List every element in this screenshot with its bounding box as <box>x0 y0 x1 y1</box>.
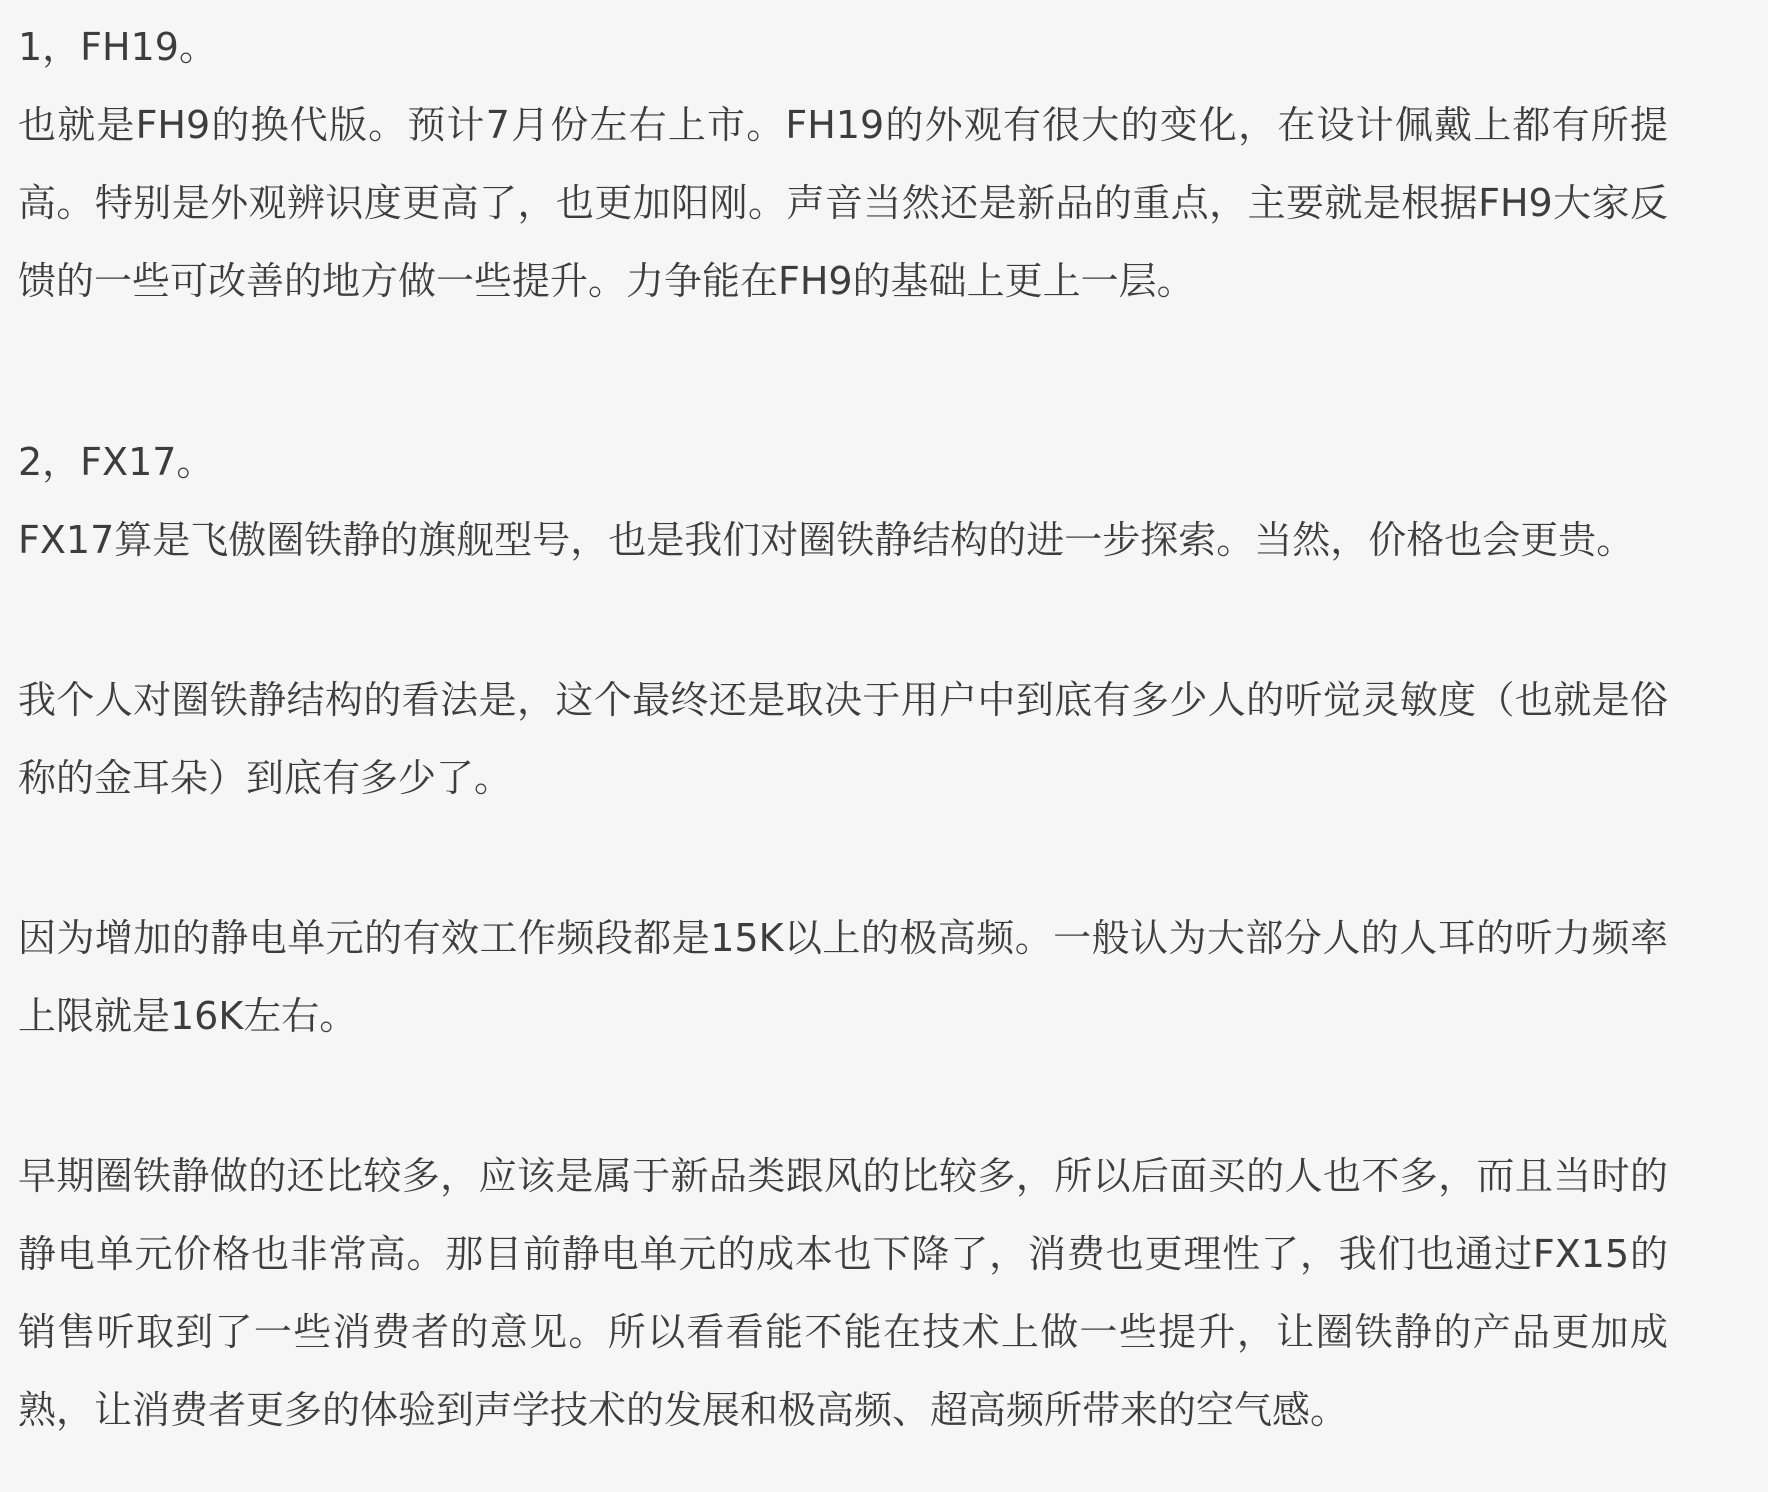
section-1-heading: 1，FH19。 <box>18 8 1668 86</box>
section-2-paragraph-2: 我个人对圈铁静结构的看法是，这个最终还是取决于用户中到底有多少人的听觉灵敏度（也… <box>18 661 1668 817</box>
section-fx17: 2，FX17。 FX17算是飞傲圈铁静的旗舰型号，也是我们对圈铁静结构的进一步探… <box>18 423 1668 1449</box>
section-2-paragraph-3: 因为增加的静电单元的有效工作频段都是15K以上的极高频。一般认为大部分人的人耳的… <box>18 899 1668 1055</box>
section-1-paragraph-1: 也就是FH9的换代版。预计7月份左右上市。FH19的外观有很大的变化，在设计佩戴… <box>18 86 1668 320</box>
section-2-paragraph-1: FX17算是飞傲圈铁静的旗舰型号，也是我们对圈铁静结构的进一步探索。当然，价格也… <box>18 501 1668 579</box>
article-body: 1，FH19。 也就是FH9的换代版。预计7月份左右上市。FH19的外观有很大的… <box>0 0 1768 1492</box>
section-fh19: 1，FH19。 也就是FH9的换代版。预计7月份左右上市。FH19的外观有很大的… <box>18 8 1668 320</box>
section-2-paragraph-4: 早期圈铁静做的还比较多，应该是属于新品类跟风的比较多，所以后面买的人也不多，而且… <box>18 1137 1668 1449</box>
section-2-heading: 2，FX17。 <box>18 423 1668 501</box>
